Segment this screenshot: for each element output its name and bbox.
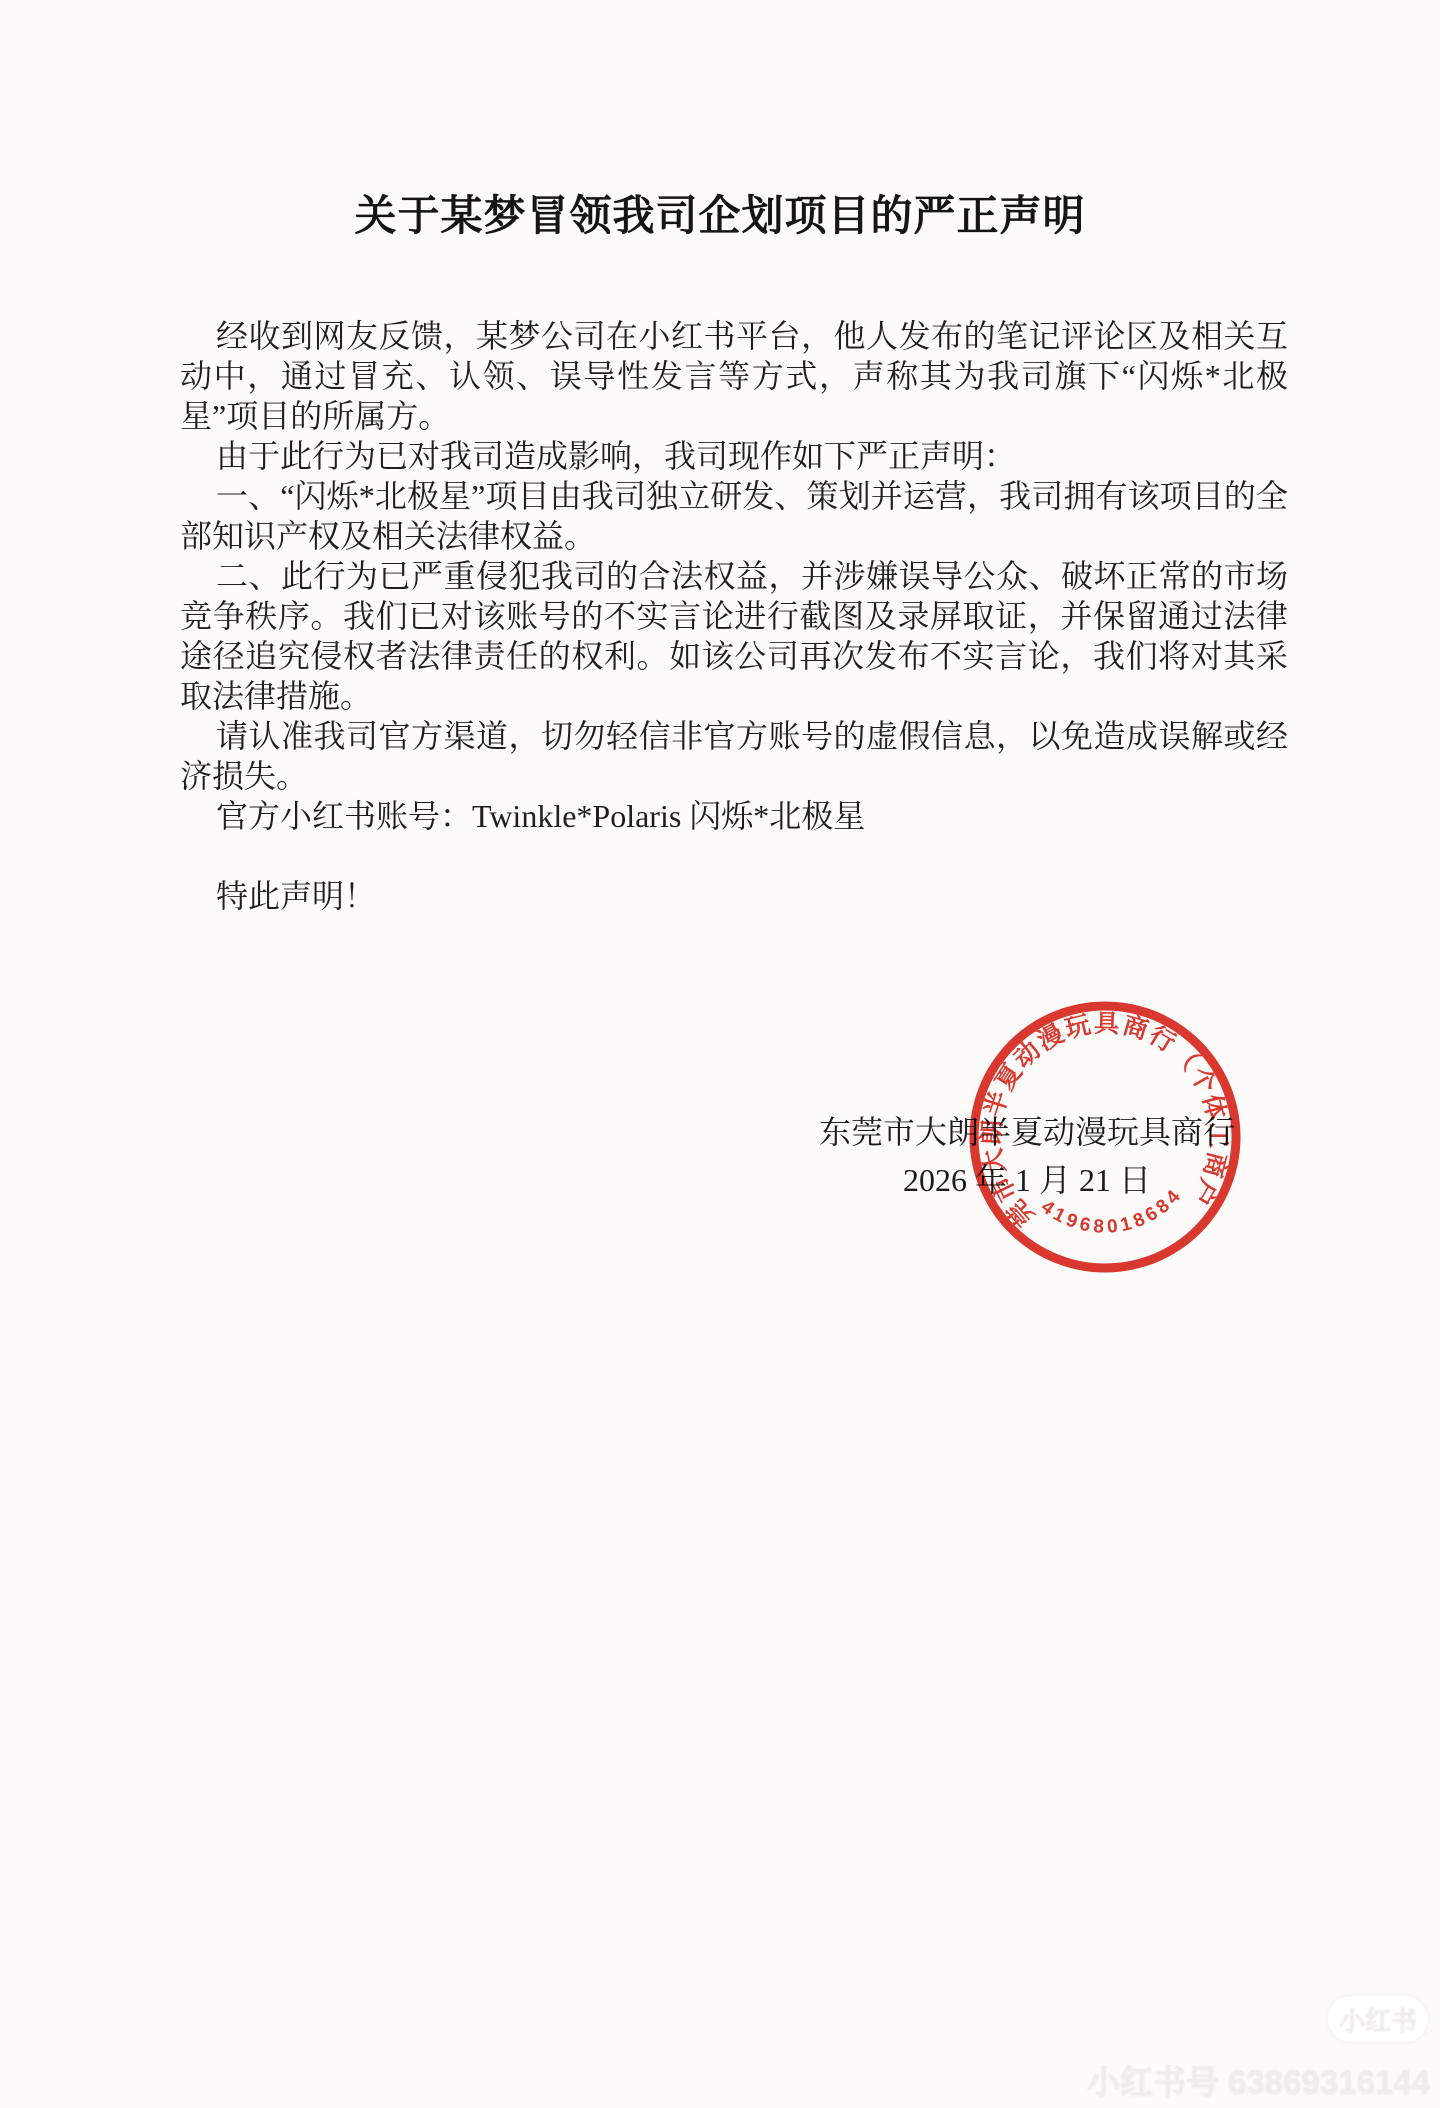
company-seal-stamp-icon: 东莞市大朗半夏动漫玩具商行（个体工商户） 4419680186845 <box>950 982 1260 1292</box>
statement-paragraph: 由于此行为已对我司造成影响，我司现作如下严正声明： <box>180 436 1288 476</box>
statement-paragraph: 二、此行为已严重侵犯我司的合法权益，并涉嫌误导公众、破坏正常的市场竞争秩序。我们… <box>180 556 1288 716</box>
statement-paragraph: 请认准我司官方渠道，切勿轻信非官方账号的虚假信息，以免造成误解或经济损失。 <box>180 716 1288 796</box>
statement-document-page: 关于某梦冒领我司企划项目的严正声明 经收到网友反馈，某梦公司在小红书平台，他人发… <box>0 0 1440 2108</box>
statement-paragraph: 经收到网友反馈，某梦公司在小红书平台，他人发布的笔记评论区及相关互动中，通过冒充… <box>180 316 1288 436</box>
statement-body: 经收到网友反馈，某梦公司在小红书平台，他人发布的笔记评论区及相关互动中，通过冒充… <box>180 316 1288 916</box>
page-title: 关于某梦冒领我司企划项目的严正声明 <box>0 183 1440 243</box>
xiaohongshu-account-watermark: 小红书号 63869316144 <box>1087 2056 1430 2103</box>
closing-statement: 特此声明！ <box>180 876 1288 916</box>
statement-paragraph: 官方小红书账号：Twinkle*Polaris 闪烁*北极星 <box>180 796 1288 836</box>
xiaohongshu-logo-watermark: 小红书 <box>1328 1996 1428 2042</box>
statement-paragraph: 一、“闪烁*北极星”项目由我司独立研发、策划并运营，我司拥有该项目的全部知识产权… <box>180 476 1288 556</box>
